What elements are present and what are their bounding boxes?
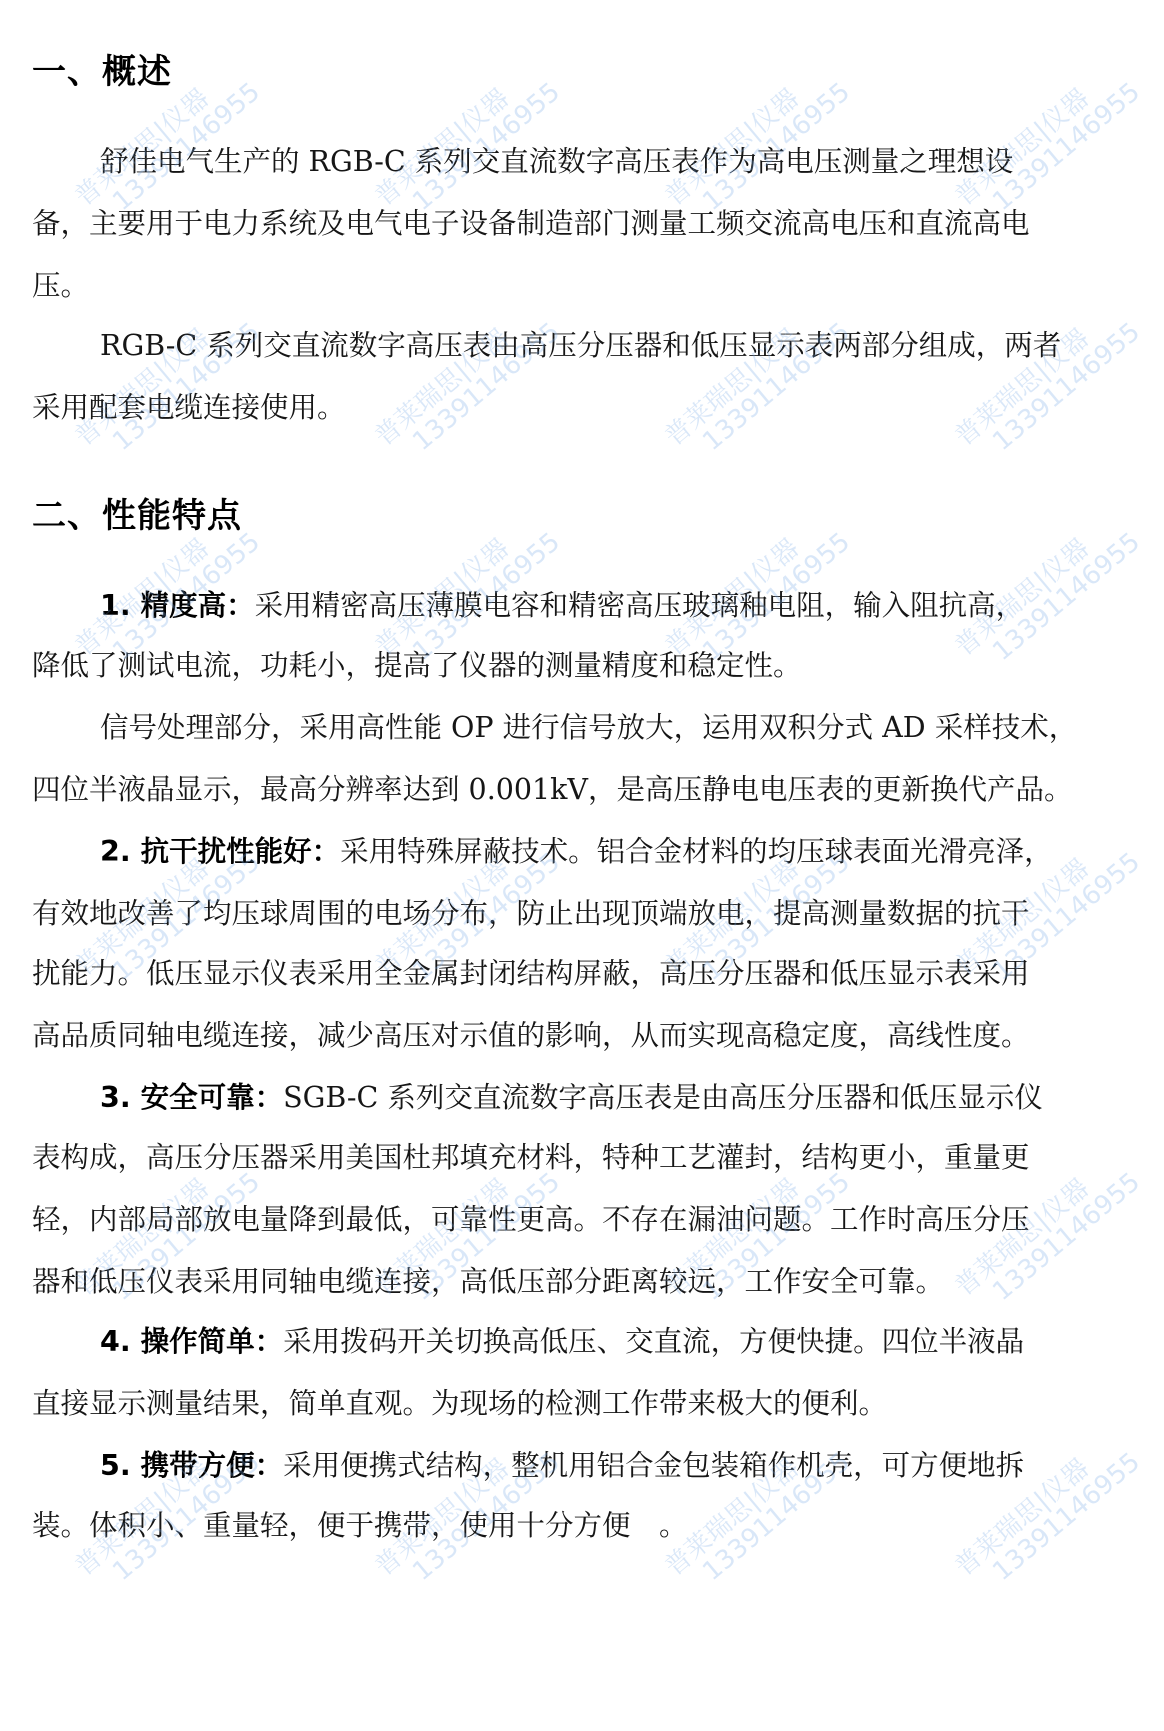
paragraph-line: 降低了测试电流，功耗小，提高了仪器的测量精度和稳定性。 xyxy=(32,646,1132,686)
paragraph-line: 器和低压仪表采用同轴电缆连接，高低压部分距离较远，工作安全可靠。 xyxy=(32,1262,1132,1302)
feature-item-safety: 3. 安全可靠：SGB-C 系列交直流数字高压表是由高压分压器和低压显示仪 xyxy=(100,1078,1164,1118)
paragraph-line: 舒佳电气生产的 RGB-C 系列交直流数字高压表作为高电压测量之理想设 xyxy=(100,142,1164,182)
feature-label: 5. 携带方便： xyxy=(100,1449,283,1482)
feature-text: 采用便携式结构，整机用铝合金包装箱作机壳，可方便地拆 xyxy=(283,1449,1024,1482)
paragraph-line: 备，主要用于电力系统及电气电子设备制造部门测量工频交流高电压和直流高电 xyxy=(32,204,1132,244)
section-heading-overview: 一、概述 xyxy=(32,44,172,93)
paragraph-line: 采用配套电缆连接使用。 xyxy=(32,388,1132,428)
feature-label: 1. 精度高： xyxy=(100,589,255,622)
paragraph-line: 信号处理部分，采用高性能 OP 进行信号放大，运用双积分式 AD 采样技术， xyxy=(100,708,1164,748)
paragraph-line: 装。体积小、重量轻，便于携带，使用十分方便 。 xyxy=(32,1506,1132,1546)
paragraph-line: 直接显示测量结果，简单直观。为现场的检测工作带来极大的便利。 xyxy=(32,1384,1132,1424)
feature-text: 采用拨码开关切换高低压、交直流，方便快捷。四位半液晶 xyxy=(283,1325,1024,1358)
feature-item-anti-interference: 2. 抗干扰性能好：采用特殊屏蔽技术。铝合金材料的均压球表面光滑亮泽， xyxy=(100,832,1164,872)
paragraph-line: 有效地改善了均压球周围的电场分布，防止出现顶端放电，提高测量数据的抗干 xyxy=(32,894,1132,934)
feature-item-simple-operation: 4. 操作简单：采用拨码开关切换高低压、交直流，方便快捷。四位半液晶 xyxy=(100,1322,1164,1362)
document-content: 一、概述 舒佳电气生产的 RGB-C 系列交直流数字高压表作为高电压测量之理想设… xyxy=(0,0,1164,1731)
feature-item-portability: 5. 携带方便：采用便携式结构，整机用铝合金包装箱作机壳，可方便地拆 xyxy=(100,1446,1164,1486)
paragraph-line: RGB-C 系列交直流数字高压表由高压分压器和低压显示表两部分组成，两者 xyxy=(100,326,1164,366)
feature-text: 采用精密高压薄膜电容和精密高压玻璃釉电阻，输入阻抗高， xyxy=(255,589,1025,622)
paragraph-line: 四位半液晶显示，最高分辨率达到 0.001kV，是高压静电电压表的更新换代产品。 xyxy=(32,770,1132,810)
feature-text: SGB-C 系列交直流数字高压表是由高压分压器和低压显示仪 xyxy=(283,1081,1043,1114)
feature-label: 4. 操作简单： xyxy=(100,1325,283,1358)
paragraph-line: 高品质同轴电缆连接，减少高压对示值的影响，从而实现高稳定度，高线性度。 xyxy=(32,1016,1132,1056)
feature-item-precision: 1. 精度高：采用精密高压薄膜电容和精密高压玻璃釉电阻，输入阻抗高， xyxy=(100,586,1164,626)
document-page: 一、概述 舒佳电气生产的 RGB-C 系列交直流数字高压表作为高电压测量之理想设… xyxy=(0,0,1164,1731)
paragraph-line: 轻，内部局部放电量降到最低，可靠性更高。不存在漏油问题。工作时高压分压 xyxy=(32,1200,1132,1240)
section-heading-features: 二、性能特点 xyxy=(32,488,242,537)
paragraph-line: 表构成，高压分压器采用美国杜邦填充材料，特种工艺灌封，结构更小，重量更 xyxy=(32,1138,1132,1178)
paragraph-line: 压。 xyxy=(32,266,1132,306)
feature-label: 3. 安全可靠： xyxy=(100,1081,283,1114)
feature-text: 采用特殊屏蔽技术。铝合金材料的均压球表面光滑亮泽， xyxy=(340,835,1053,868)
feature-label: 2. 抗干扰性能好： xyxy=(100,835,340,868)
paragraph-line: 扰能力。低压显示仪表采用全金属封闭结构屏蔽，高压分压器和低压显示表采用 xyxy=(32,954,1132,994)
